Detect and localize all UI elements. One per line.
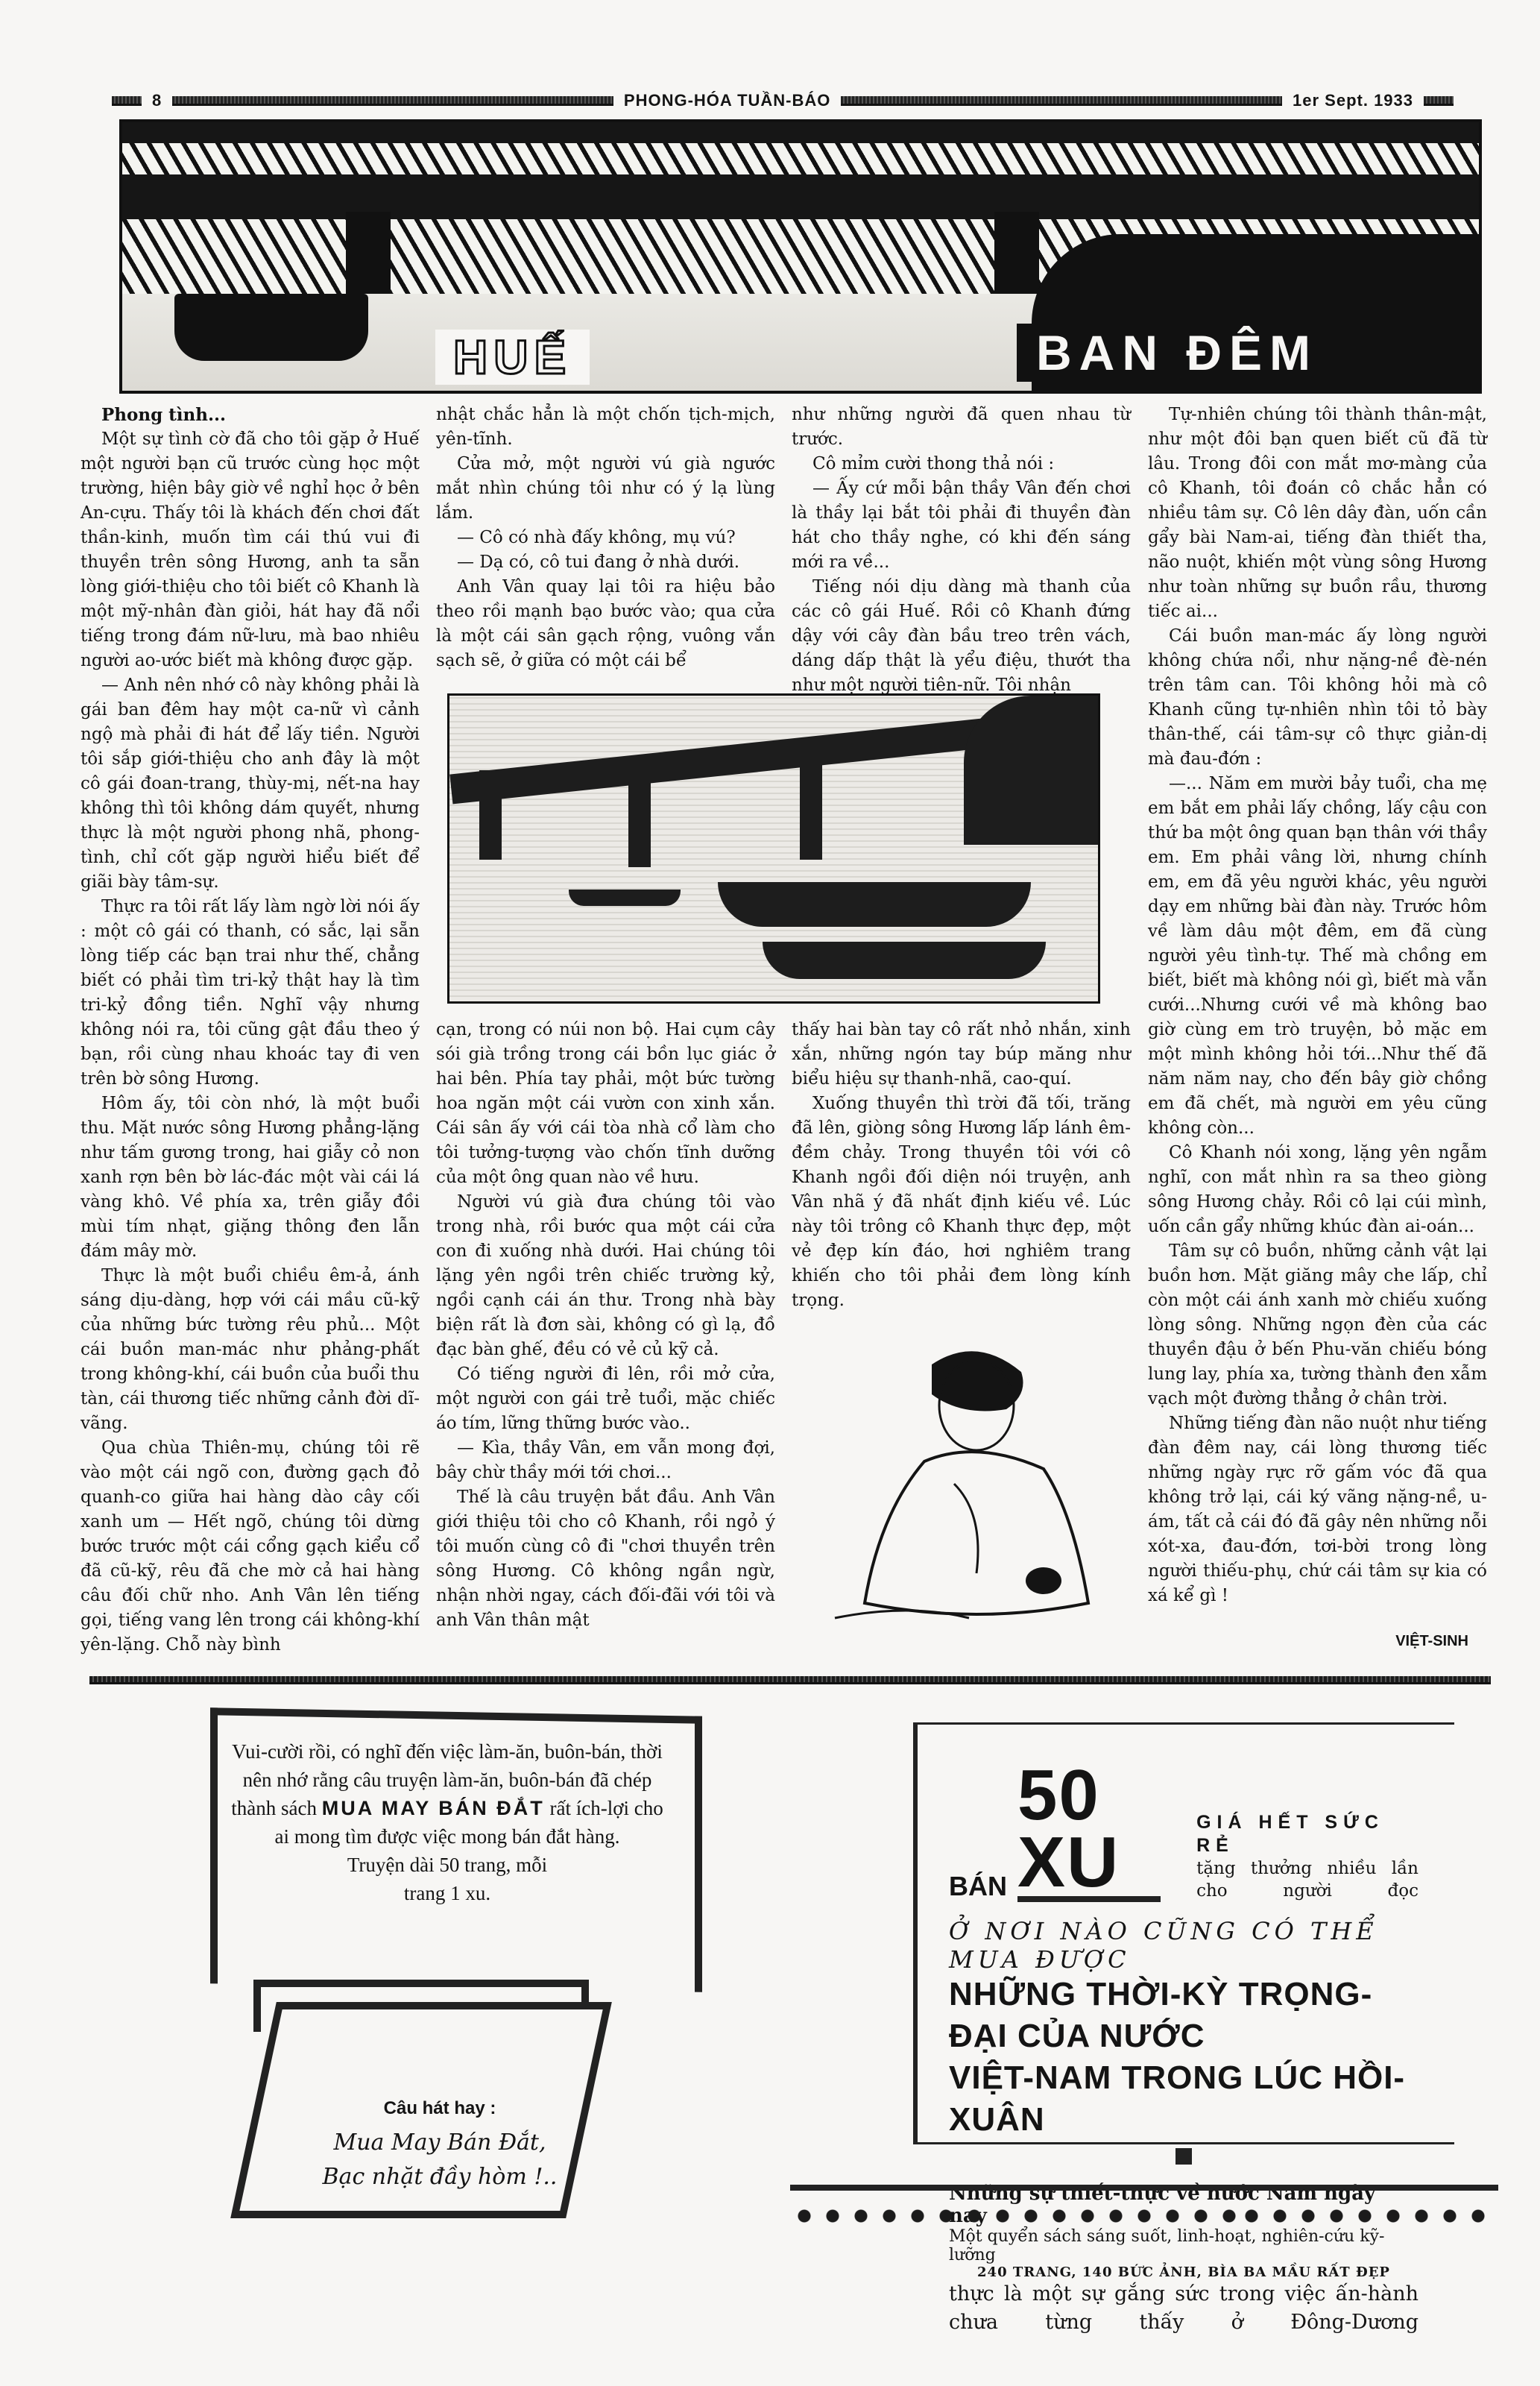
article-paragraph: Thực ra tôi rất lấy làm ngờ lời nói ấy :… xyxy=(81,895,420,1092)
article-paragraph: Tiếng nói dịu dàng mà thanh của các cô g… xyxy=(792,575,1131,698)
bridge-pier xyxy=(800,755,822,860)
ad-right-gift: tặng thưởng nhiều lần cho người đọc xyxy=(1196,1857,1418,1902)
article-paragraph: — Ấy cứ mỗi bận thầy Vân đến chơi là thầ… xyxy=(792,476,1131,575)
bridge-pier xyxy=(479,770,502,860)
article-paragraph: Một sự tình cờ đã cho tôi gặp ở Huế một … xyxy=(81,427,420,673)
article-paragraph: Cái buồn man-mác ấy lòng người không chứ… xyxy=(1148,624,1487,772)
song-line-2: Bạc nhặt đầy hòm !.. xyxy=(201,2160,678,2194)
song-line-1: Mua May Bán Đắt, xyxy=(201,2126,678,2160)
bridge-pier xyxy=(628,763,651,867)
article-paragraph: Cô Khanh nói xong, lặng yên ngẫm nghĩ, c… xyxy=(1148,1141,1487,1239)
issue-date: 1er Sept. 1933 xyxy=(1293,91,1413,110)
article-column-2-top: nhật chắc hẳn là một chốn tịch-mịch, yên… xyxy=(436,403,775,673)
article-paragraph: — Anh nên nhớ cô này không phải là gái b… xyxy=(81,673,420,895)
article-paragraph: Cô mỉm cười thong thả nói : xyxy=(792,452,1131,476)
article-paragraph: — Kìa, thầy Vân, em vẫn mong đợi, bây ch… xyxy=(436,1436,775,1485)
boat xyxy=(569,890,681,906)
article-paragraph: —... Năm em mười bảy tuổi, cha mẹ em bắt… xyxy=(1148,772,1487,1141)
ad-right-closing: thực là một sự gắng sức trong việc ấn-hà… xyxy=(949,2280,1418,2337)
woman-playing-instrument-illustration xyxy=(820,1335,1118,1648)
article-paragraph: Người vú già đưa chúng tôi vào trong nhà… xyxy=(436,1190,775,1362)
ornament-dots xyxy=(1237,2207,1498,2225)
publication-name: PHONG-HÓA TUẦN-BÁO xyxy=(624,91,831,110)
author-signature: VIỆT-SINH xyxy=(1267,1633,1468,1650)
ad-right-specs: 240 TRANG, 140 BỨC ẢNH, BÌA BA MẦU RẤT Đ… xyxy=(949,2264,1418,2280)
page-number: 8 xyxy=(152,91,162,110)
ad-left-song: Câu hát hay : Mua May Bán Đắt, Bạc nhặt … xyxy=(201,2091,678,2194)
masthead: 8 PHONG-HÓA TUẦN-BÁO 1er Sept. 1933 xyxy=(112,89,1454,112)
article-lead-heading: Phong tình... xyxy=(81,403,420,427)
bridge-boats-illustration xyxy=(447,693,1100,1004)
article-paragraph: Tự-nhiên chúng tôi thành thân-mật, như m… xyxy=(1148,403,1487,624)
article-paragraph: Anh Vân quay lại tôi ra hiệu bảo theo rồ… xyxy=(436,575,775,673)
article-paragraph: Xuống thuyền thì trời đã tối, trăng đã l… xyxy=(792,1092,1131,1313)
song-title: Câu hát hay : xyxy=(201,2091,678,2126)
ad-right-available: Ở NƠI NÀO CŨNG CÓ THỂ MUA ĐƯỢC xyxy=(949,1917,1418,1974)
article-paragraph: — Dạ có, cô tui đang ở nhà dưới. xyxy=(436,550,775,575)
section-divider xyxy=(89,1676,1491,1684)
ad-right-title-1: NHỮNG THỜI-KỲ TRỌNG-ĐẠI CỦA NƯỚC xyxy=(949,1974,1418,2057)
article-column-1: Phong tình...Một sự tình cờ đã cho tôi g… xyxy=(81,403,420,1658)
article-paragraph: Thế là câu truyện bắt đầu. Anh Vân giới … xyxy=(436,1485,775,1633)
article-paragraph: cạn, trong có núi non bộ. Hai cụm cây só… xyxy=(436,1018,775,1190)
masthead-rule xyxy=(1424,96,1454,106)
article-paragraph: Qua chùa Thiên-mụ, chúng tôi rẽ vào một … xyxy=(81,1436,420,1658)
ad-right-title-2: VIỆT-NAM TRONG LÚC HỒI-XUÂN xyxy=(949,2057,1418,2141)
boat xyxy=(718,882,1031,927)
article-column-3-top: như những người đã quen nhau từ trước.Cô… xyxy=(792,403,1131,698)
woman-drawing-icon xyxy=(820,1335,1118,1648)
sampan-boat xyxy=(174,294,368,361)
article-paragraph: Có tiếng người đi lên, rồi mở cửa, một n… xyxy=(436,1362,775,1436)
ornament-dots xyxy=(790,2207,1237,2225)
article-paragraph: Tâm sự cô buồn, những cảnh vật lại buồn … xyxy=(1148,1239,1487,1411)
ad-thoi-ky-trong-dai: BÁN 50 XU GIÁ HẾT SỨC RẺ tặng thưởng nhi… xyxy=(913,1722,1454,2144)
banner-title-ban-dem: BAN ĐÊM xyxy=(1017,324,1337,382)
article-column-2-bottom: cạn, trong có núi non bộ. Hai cụm cây só… xyxy=(436,1018,775,1633)
masthead-rule xyxy=(112,96,142,106)
bridge-deck xyxy=(122,174,1479,219)
article-paragraph: — Cô có nhà đấy không, mụ vú? xyxy=(436,526,775,550)
banner-title-hue: HUẾ xyxy=(435,330,590,385)
article-paragraph: như những người đã quen nhau từ trước. xyxy=(792,403,1131,452)
ad-left-price-2: trang 1 xu. xyxy=(404,1882,490,1904)
article-paragraph: Thực là một buổi chiều êm-ả, ánh sáng dị… xyxy=(81,1264,420,1436)
masthead-rule xyxy=(841,96,1282,106)
article-paragraph: nhật chắc hẳn là một chốn tịch-mịch, yên… xyxy=(436,403,775,452)
ad-mua-may-ban-dat: Vui-cười rồi, có nghĩ đến việc làm-ăn, b… xyxy=(201,1707,693,2200)
ad-right-cheap: GIÁ HẾT SỨC RẺ xyxy=(1196,1812,1384,1856)
article-column-3-bottom: thấy hai bàn tay cô rất nhỏ nhắn, xinh x… xyxy=(792,1018,1131,1313)
article-paragraph: Hôm ấy, tôi còn nhớ, là một buổi thu. Mặ… xyxy=(81,1092,420,1264)
article-paragraph: thấy hai bàn tay cô rất nhỏ nhắn, xinh x… xyxy=(792,1018,1131,1092)
ad-right-ban: BÁN xyxy=(949,1871,1007,1902)
boat xyxy=(763,942,1046,979)
ad-right-price: 50 XU xyxy=(1017,1762,1161,1902)
ad-left-price-1: Truyện dài 50 trang, mỗi xyxy=(347,1854,547,1876)
ornament-square xyxy=(1175,2148,1192,2165)
article-column-4: Tự-nhiên chúng tôi thành thân-mật, như m… xyxy=(1148,403,1487,1608)
title-banner-woodcut: HUẾ BAN ĐÊM xyxy=(119,119,1482,394)
ornament-bar xyxy=(790,2185,1498,2191)
article-paragraph: Những tiếng đàn não nuột như tiếng đàn đ… xyxy=(1148,1411,1487,1608)
masthead-rule xyxy=(172,96,613,106)
trees xyxy=(964,696,1098,845)
article-paragraph: Cửa mở, một người vú già ngước mắt nhìn … xyxy=(436,452,775,526)
ad-left-text: Vui-cười rồi, có nghĩ đến việc làm-ăn, b… xyxy=(231,1737,663,1907)
ad-right-desc: Một quyển sách sáng suốt, linh-hoạt, ngh… xyxy=(949,2227,1418,2264)
ad-left-book-title: MUA MAY BÁN ĐẮT xyxy=(322,1797,545,1819)
bridge-truss xyxy=(122,122,1479,143)
